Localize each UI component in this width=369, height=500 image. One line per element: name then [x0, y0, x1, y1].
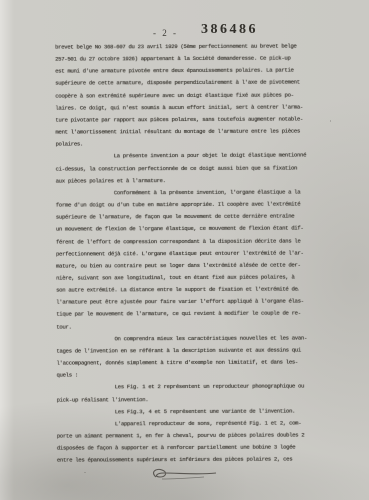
document-line: mature, ou bien au contraire peut se log…	[56, 259, 322, 272]
document-line: aux pièces polaires et à l'armature.	[56, 174, 322, 187]
document-line: Conformément à la présente invention, l'…	[56, 186, 322, 199]
document-line: nière, suivant son axe longitudinal, tou…	[56, 271, 322, 284]
document-line: 257-501 du 27 octobre 1926) appartenant …	[55, 53, 321, 66]
document-line: brevet belge No 368-607 du 23 avril 1929…	[55, 40, 321, 53]
document-line: l'accompagnent, donnés simplement à titr…	[56, 356, 322, 369]
document-line: ment l'amortissement initial résultant d…	[55, 126, 321, 139]
paper-speck	[297, 289, 299, 291]
document-line: La présente invention a pour objet le do…	[56, 150, 322, 163]
patent-number: 386486	[201, 22, 258, 38]
document-line: férent de l'effort de compression corres…	[56, 235, 322, 248]
scanned-patent-page: - 2 - 386486 brevet belge No 368-607 du …	[0, 0, 369, 500]
paper-speck	[84, 472, 86, 473]
document-line: ture pivotante par rapport aux pièces po…	[55, 113, 321, 126]
document-line: tique par le mouvement de l'armature, ce…	[56, 308, 322, 321]
document-line: ci-dessus, la construction perfectionnée…	[56, 162, 322, 175]
document-line: porte un aimant permanent 1, en fer à ch…	[57, 429, 323, 442]
document-line: disposées de façon à supporter et à renf…	[57, 442, 323, 455]
paper-speck	[330, 120, 331, 122]
document-line: On comprendra mieux les caractéristiques…	[56, 332, 322, 345]
document-body: brevet belge No 368-607 du 23 avril 1929…	[55, 40, 323, 467]
document-line: supérieure de l'armature, de façon que l…	[56, 211, 322, 224]
document-line: pick-up réalisant l'invention.	[57, 393, 323, 406]
document-line: Les Fig.3, 4 et 5 représentent une varia…	[57, 405, 323, 418]
document-line: laires. Ce doigt, qui n'est soumis à auc…	[55, 101, 321, 114]
document-line: polaires.	[55, 138, 321, 151]
page-header: - 2 - 386486	[0, 22, 369, 42]
signature-flourish	[146, 466, 224, 484]
document-line: coopère à son extrémité supérieure avec …	[55, 89, 321, 102]
document-line: son autre extrémité. La distance entre l…	[56, 284, 322, 297]
document-line: quels :	[57, 369, 323, 382]
document-line: perfectionnement déjà cité. L'organe éla…	[56, 247, 322, 260]
document-line: tages de l'invention en se référant à la…	[56, 344, 322, 357]
document-line: L'appareil reproducteur de sons, représe…	[57, 417, 323, 430]
page-number: - 2 -	[153, 28, 178, 38]
document-line: supérieure de cette armature, disposée p…	[55, 77, 321, 90]
document-line: est muni d'une armature pivotée entre de…	[55, 65, 321, 78]
document-line: un mouvement de flexion de l'organe élas…	[56, 223, 322, 236]
document-line: l'armature peut être ajustée pour faire …	[56, 296, 322, 309]
document-line: Les Fig. 1 et 2 représentent un reproduc…	[57, 381, 323, 394]
document-line: forme d'un doigt ou d'un tube en matière…	[56, 198, 322, 211]
document-line: tour.	[56, 320, 322, 333]
